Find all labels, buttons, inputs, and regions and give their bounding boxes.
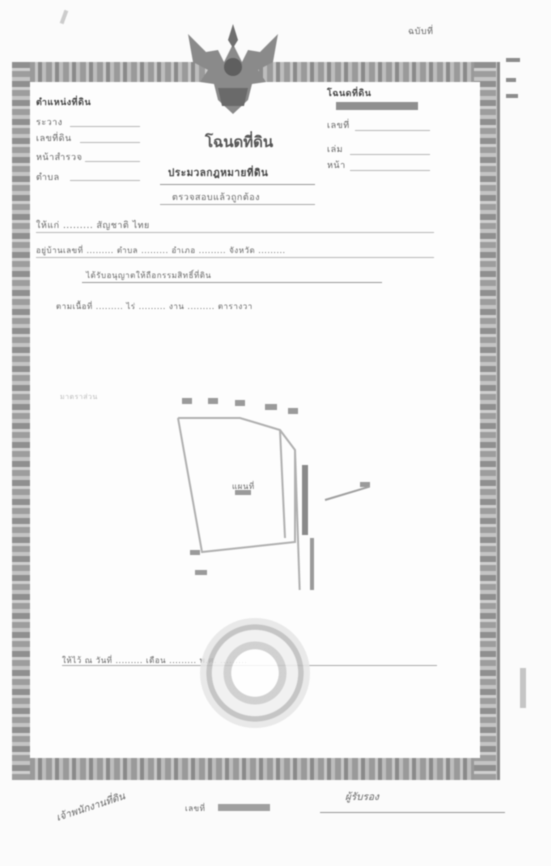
field-line [350, 154, 430, 155]
field-line [80, 142, 140, 143]
margin-mark [520, 668, 526, 708]
margin-mark [506, 78, 516, 82]
field-line [85, 161, 140, 162]
body-line-3: ได้รับอนุญาตให้ถือกรรมสิทธิ์ที่ดิน [86, 269, 211, 282]
field-label-parcel-number: เลขที่ดิน [36, 131, 72, 145]
redacted-bar [336, 102, 418, 110]
map-scale-note: มาตราส่วน [60, 392, 98, 403]
field-line [36, 257, 434, 258]
field-label-map-sheet: ระวาง [36, 115, 63, 129]
margin-mark [506, 94, 518, 98]
document-title: โฉนดที่ดิน [205, 130, 273, 154]
field-label-page: หน้า [327, 158, 346, 172]
field-label-location: ตำแหน่งที่ดิน [36, 95, 91, 109]
body-line-4: ตามเนื้อที่ ......... ไร่ ......... งาน … [56, 300, 253, 313]
field-label-survey-page: หน้าสำรวจ [36, 150, 82, 164]
field-line [70, 126, 140, 127]
margin-mark [506, 58, 520, 62]
official-seal-icon [200, 618, 310, 728]
field-line [82, 282, 382, 283]
document-subtitle-2: ตรวจสอบแล้วถูกต้อง [172, 190, 260, 204]
map-label: แผนที่ [232, 480, 255, 493]
document-subtitle: ประมวลกฎหมายที่ดิน [168, 166, 268, 181]
serial-number [218, 804, 270, 811]
field-label-subdistrict: ตำบล [36, 170, 60, 184]
signature-left: เจ้าพนักงานที่ดิน [54, 789, 127, 825]
field-line [350, 170, 430, 171]
signature-line [320, 812, 505, 813]
field-label-deed-number: เลขที่ [327, 118, 350, 132]
subtitle-underline [160, 204, 315, 205]
field-line [355, 130, 430, 131]
top-right-note: ฉบับที่ [408, 24, 434, 38]
body-line-2: อยู่บ้านเลขที่ ......... ตำบล ......... … [36, 244, 286, 257]
field-label-book: เล่ม [327, 142, 343, 156]
border-left-strip [12, 62, 30, 780]
body-line-1: ให้แก่ ......... สัญชาติ ไทย [36, 218, 150, 232]
field-line [36, 232, 434, 233]
field-line [70, 180, 140, 181]
garuda-emblem-icon [178, 22, 288, 117]
title-underline [160, 184, 315, 185]
stray-mark [60, 10, 69, 25]
field-label-deed: โฉนดที่ดิน [327, 86, 371, 100]
serial-number-prefix: เลขที่ [185, 802, 205, 815]
parcel-map [110, 360, 370, 590]
signature-right: ผู้รับรอง [345, 790, 379, 805]
